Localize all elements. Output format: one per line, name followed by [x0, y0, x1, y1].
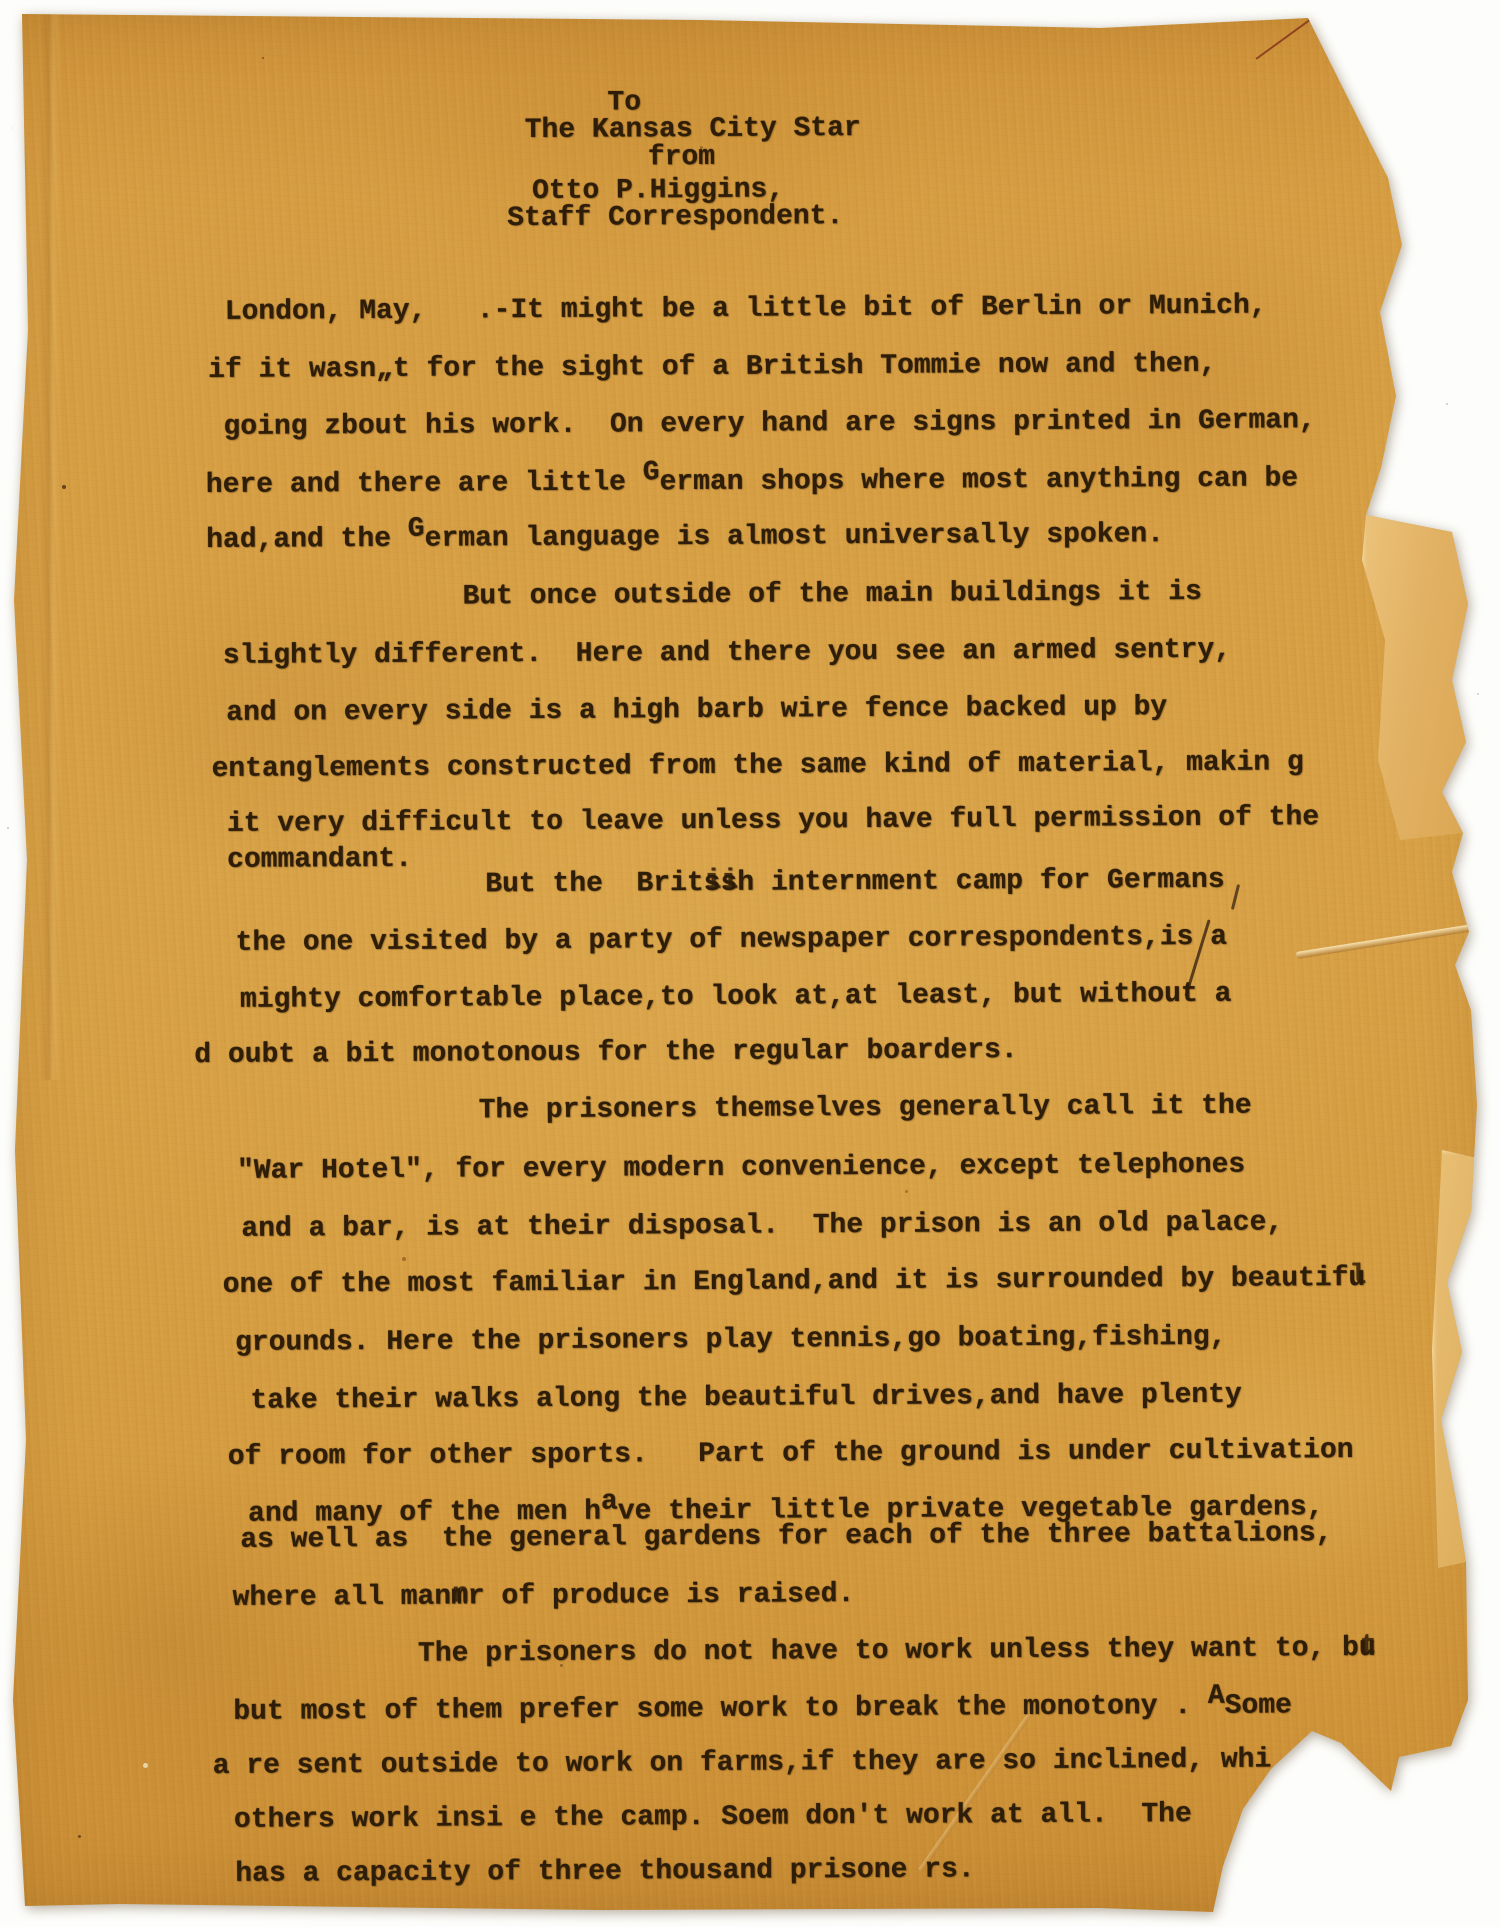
header-line: Staff Correspondent. — [507, 202, 843, 234]
typed-line: as well as the general gardens for each … — [240, 1519, 1332, 1556]
raised-character: A — [1208, 1681, 1225, 1712]
letter-header: ToThe Kansas City StarfromOtto P.Higgins… — [0, 0, 1494, 4]
paper-shadow-wrapper: ToThe Kansas City StarfromOtto P.Higgins… — [0, 0, 1500, 1927]
typed-line: a re sent outside to work on farms,if th… — [213, 1746, 1272, 1782]
typed-line: take their walks along the beautiful dri… — [250, 1381, 1242, 1417]
typed-line: has a capacity of three thousand prisone… — [235, 1855, 974, 1890]
typed-line: it very difficult to leave unless you ha… — [227, 803, 1319, 840]
overstruck-character: ssii — [704, 869, 738, 899]
typed-line: here and there are little German shops w… — [206, 464, 1298, 501]
typed-line: and a bar, is at their disposal. The pri… — [241, 1208, 1283, 1244]
typed-line: But the Britssiih internment camp for Ge… — [485, 866, 1224, 901]
typed-line: of room for other sports. Part of the gr… — [228, 1436, 1354, 1473]
overstruck-character: ul — [1348, 1264, 1365, 1294]
typed-line: where all manmnr of produce is raised. — [233, 1580, 855, 1614]
header-line: from — [648, 143, 715, 173]
typed-line: going zbout his work. On every hand are … — [223, 406, 1315, 443]
typed-text-layer: ToThe Kansas City StarfromOtto P.Higgins… — [0, 0, 1500, 1927]
typed-line: entanglements constructed from the same … — [211, 748, 1303, 785]
typed-line: but most of them prefer some work to bre… — [233, 1691, 1292, 1727]
typed-line: London, May, .-It might be a little bit … — [225, 292, 1267, 328]
typed-line: commandant. — [227, 845, 412, 876]
typed-line: if it wasn„t for the sight of a British … — [208, 350, 1216, 386]
typed-line: one of the most familiar in England,and … — [223, 1264, 1366, 1301]
typed-line: others work insi e the camp. Soem don't … — [234, 1800, 1192, 1836]
typed-line: had,and the German language is almost un… — [206, 520, 1164, 556]
typed-line: mighty comfortable place,to look at,at l… — [240, 980, 1232, 1016]
letter-body: London, May, .-It might be a little bit … — [0, 0, 1494, 4]
typed-line: the one visited by a party of newspaper … — [236, 923, 1228, 959]
document-page: ToThe Kansas City StarfromOtto P.Higgins… — [0, 0, 1500, 1927]
typed-line: and on every side is a high barb wire fe… — [226, 693, 1167, 729]
typed-line: slightly different. Here and there you s… — [223, 636, 1231, 672]
typed-line: grounds. Here the prisoners play tennis,… — [235, 1323, 1227, 1359]
overstruck-character: mn — [451, 1582, 468, 1612]
typed-line: But once outside of the main buildings i… — [462, 578, 1201, 613]
raised-character: G — [408, 514, 425, 545]
typed-line: The prisoners do not have to work unless… — [418, 1634, 1376, 1670]
overstruck-character: ut — [1359, 1634, 1376, 1664]
raised-character: G — [643, 457, 660, 488]
typed-line: The prisoners themselves generally call … — [479, 1092, 1252, 1127]
typed-line: "War Hotel", for every modern convenienc… — [237, 1151, 1245, 1187]
raised-character: a — [601, 1487, 618, 1518]
typed-line: d oubt a bit monotonous for the regular … — [194, 1036, 1018, 1071]
